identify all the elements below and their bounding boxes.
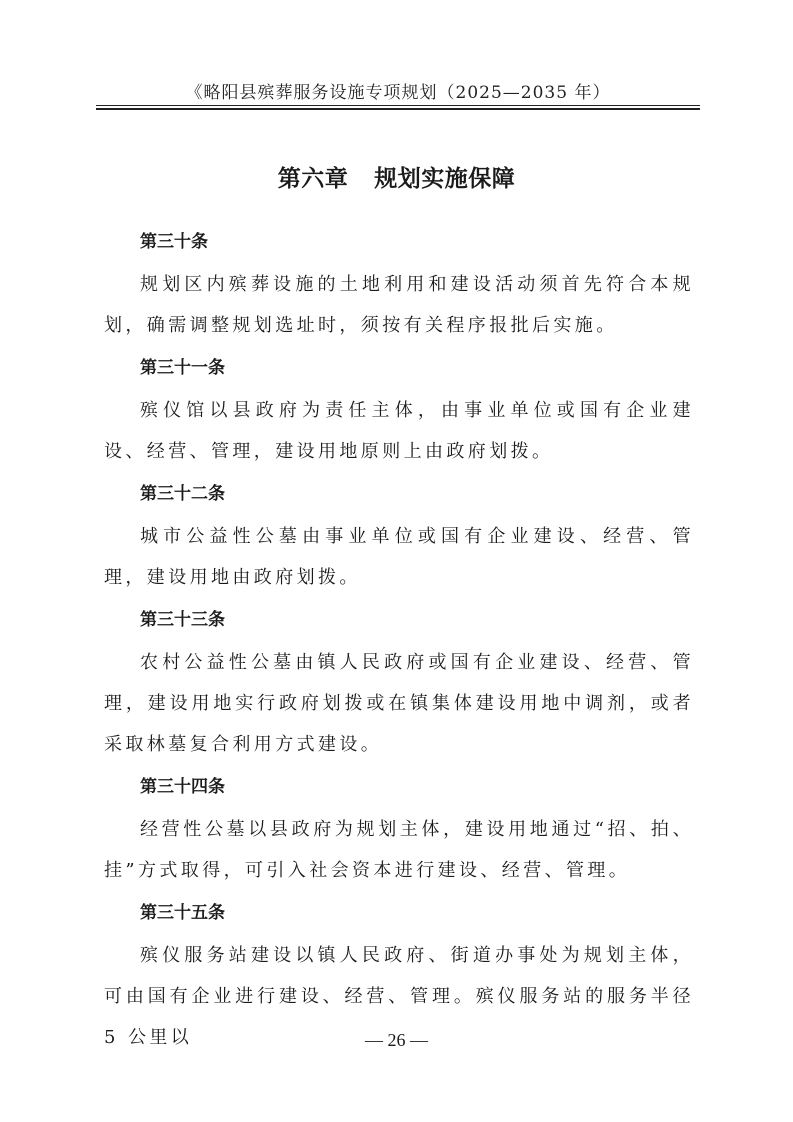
article-text: 规划区内殡葬设施的土地利用和建设活动须首先符合本规划，确需调整规划选址时，须按有… <box>104 264 694 346</box>
article-31: 第三十一条 殡仪馆以县政府为责任主体，由事业单位或国有企业建设、经营、管理，建设… <box>104 350 694 472</box>
article-heading: 第三十五条 <box>104 895 694 931</box>
article-33: 第三十三条 农村公益性公墓由镇人民政府或国有企业建设、经营、管理，建设用地实行政… <box>104 602 694 765</box>
article-text: 殡仪馆以县政府为责任主体，由事业单位或国有企业建设、经营、管理，建设用地原则上由… <box>104 390 694 472</box>
article-text: 经营性公墓以县政府为规划主体，建设用地通过“招、拍、挂”方式取得，可引入社会资本… <box>104 809 694 891</box>
document-header-title: 《略阳县殡葬服务设施专项规划（2025—2035 年） <box>96 78 700 103</box>
page-number: — 26 — <box>0 1030 793 1051</box>
document-body: 第三十条 规划区内殡葬设施的土地利用和建设活动须首先符合本规划，确需调整规划选址… <box>104 224 694 1062</box>
article-text: 城市公益性公墓由事业单位或国有企业建设、经营、管理，建设用地由政府划拨。 <box>104 516 694 598</box>
article-heading: 第三十一条 <box>104 350 694 386</box>
article-34: 第三十四条 经营性公墓以县政府为规划主体，建设用地通过“招、拍、挂”方式取得，可… <box>104 769 694 891</box>
article-text: 农村公益性公墓由镇人民政府或国有企业建设、经营、管理，建设用地实行政府划拨或在镇… <box>104 642 694 765</box>
article-30: 第三十条 规划区内殡葬设施的土地利用和建设活动须首先符合本规划，确需调整规划选址… <box>104 224 694 346</box>
article-heading: 第三十三条 <box>104 602 694 638</box>
chapter-title: 第六章规划实施保障 <box>0 160 793 193</box>
article-heading: 第三十四条 <box>104 769 694 805</box>
article-32: 第三十二条 城市公益性公墓由事业单位或国有企业建设、经营、管理，建设用地由政府划… <box>104 476 694 598</box>
chapter-name: 规划实施保障 <box>374 166 515 192</box>
header-double-rule <box>96 105 700 110</box>
chapter-number: 第六章 <box>278 166 349 192</box>
article-heading: 第三十二条 <box>104 476 694 512</box>
article-heading: 第三十条 <box>104 224 694 260</box>
